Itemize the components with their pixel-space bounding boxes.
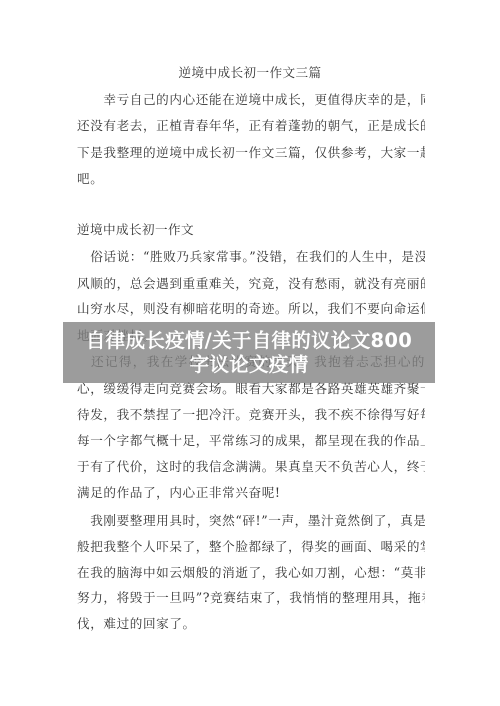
para2-line-4: 每一个字都气概十足，平常练习的成果，都呈现在我的作品上，努力终 [77, 433, 425, 449]
para1-line-1: 俗话说：“胜败乃兵家常事。”没错，在我们的人生中，是没有一帆 [77, 249, 425, 265]
para3-line-3: 在我的脑海中如云烟般的消逝了，我心如刀割，心想：“莫非我平常的 [77, 565, 425, 581]
para3-line-2: 般把我整个人吓呆了，整个脸都绿了，得奖的画面、喝采的掌声，瞬间 [77, 539, 425, 555]
para3-line-5: 伐，难过的回家了。 [77, 616, 425, 632]
para3-line-1: 我刚要整理用具时，突然“砰!”一声，墨汁竟然倒了，真是晴天霹雳 [77, 513, 425, 529]
title-overlay-banner: 自律成长疫情/关于自律的议论文800 字议论文疫情 [63, 322, 435, 383]
para2-line-5: 于有了代价，这时的我信念满满。果真皇天不负苦心人，终于完成这张 [77, 459, 425, 475]
para1-line-3: 山穷水尽，则没有柳暗花明的奇迹。所以，我们不要向命运低头，英勇 [77, 301, 425, 317]
para2-line-6: 满足的作品了，内心正非常兴奋呢! [77, 485, 425, 501]
section-title: 逆境中成长初一作文 [77, 222, 194, 238]
intro-line-4: 吧。 [77, 171, 425, 187]
para2-line-3: 待发，我不禁捏了一把冷汗。竞赛开头，我不疾不徐得写好每一个字， [77, 407, 425, 423]
intro-line-2: 还没有老去，正植青春年华，正有着蓬勃的朝气，正是成长的时期。以 [77, 118, 425, 134]
document-title: 逆境中成长初一作文三篇 [0, 65, 500, 81]
para2-line-2: 心，缓缓得走向竞赛会场。眼看大家都是各路英雄英雄齐聚一堂，蓄势 [77, 381, 425, 397]
document-page: 逆境中成长初一作文三篇 幸亏自己的内心还能在逆境中成长，更值得庆幸的是，同学们现… [0, 0, 500, 706]
intro-line-1: 幸亏自己的内心还能在逆境中成长，更值得庆幸的是，同学们现在 [77, 92, 425, 108]
para3-line-4: 努力，将毁于一旦吗”?竞赛结束了，我悄悄的整理用具，拖着沉重的步 [77, 590, 425, 606]
banner-title-line-2: 字议论文疫情 [190, 353, 309, 377]
para1-line-2: 风顺的，总会遇到重重难关，究竟，没有愁雨，就没有亮丽的彩虹;没有 [77, 276, 425, 292]
banner-title-line-1: 自律成长疫情/关于自律的议论文800 [86, 329, 412, 353]
intro-line-3: 下是我整理的逆境中成长初一作文三篇，仅供参考，大家一起来看看 [77, 145, 425, 161]
